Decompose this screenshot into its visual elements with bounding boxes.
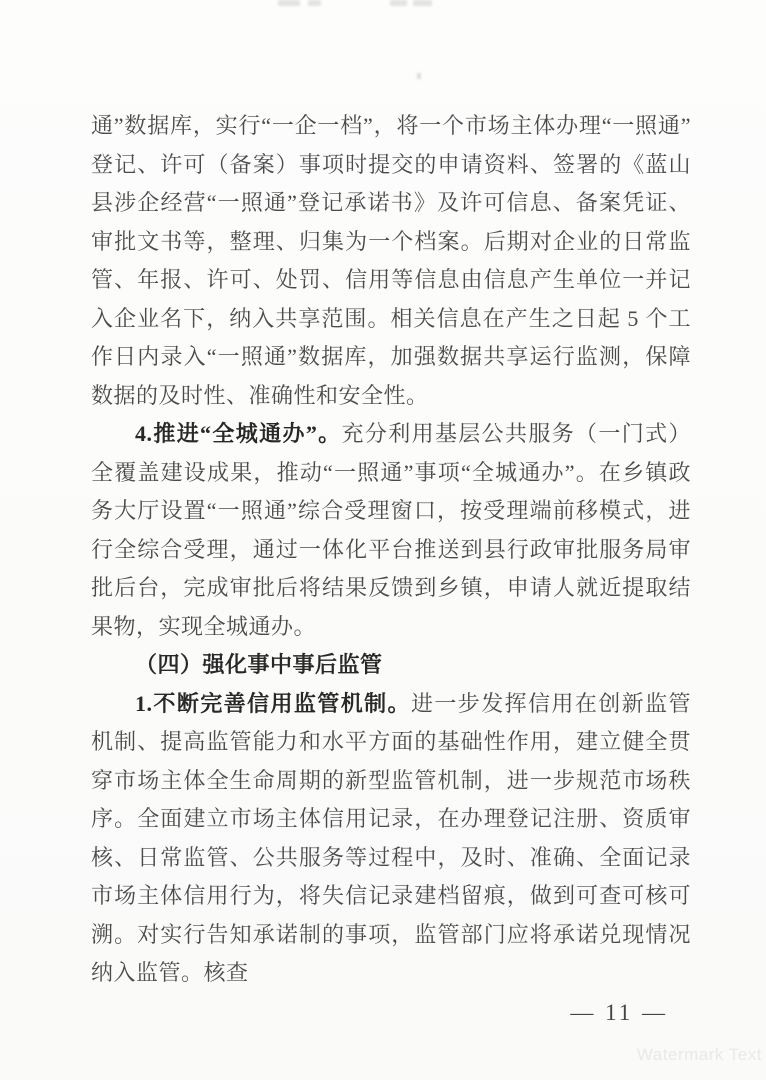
text-segment: 通”数据库，实行“一企一档”，将一个市场主体办理“一照通”登记、许可（备案）事项… [91, 113, 691, 408]
document-page: 通”数据库，实行“一企一档”，将一个市场主体办理“一照通”登记、许可（备案）事项… [0, 0, 766, 1080]
paragraph: 4.推进“全城通办”。充分利用基层公共服务（一门式）全覆盖建设成果，推动“一照通… [91, 415, 691, 646]
page-number: — 11 — [570, 998, 668, 1028]
scan-artifact [278, 0, 300, 6]
text-segment: 1.不断完善信用监管机制。 [135, 691, 411, 716]
text-segment: 4.推进“全城通办”。 [135, 421, 342, 446]
paragraph: 通”数据库，实行“一企一档”，将一个市场主体办理“一照通”登记、许可（备案）事项… [91, 107, 691, 415]
section-heading: （四）强化事中事后监管 [91, 646, 691, 685]
scan-artifact [413, 0, 432, 6]
text-segment: 充分利用基层公共服务（一门式）全覆盖建设成果，推动“一照通”事项“全城通办”。在… [91, 421, 691, 639]
text-segment: （四）强化事中事后监管 [135, 652, 383, 677]
paragraph: 1.不断完善信用监管机制。进一步发挥信用在创新监管机制、提高监管能力和水平方面的… [91, 685, 691, 993]
scan-artifact [417, 73, 421, 79]
text-segment: 进一步发挥信用在创新监管机制、提高监管能力和水平方面的基础性作用，建立健全贯穿市… [91, 691, 691, 986]
page-body: 通”数据库，实行“一企一档”，将一个市场主体办理“一照通”登记、许可（备案）事项… [91, 107, 691, 993]
scan-artifact [390, 0, 407, 6]
watermark: Watermark Text [637, 1045, 762, 1065]
scan-artifact [308, 0, 321, 6]
